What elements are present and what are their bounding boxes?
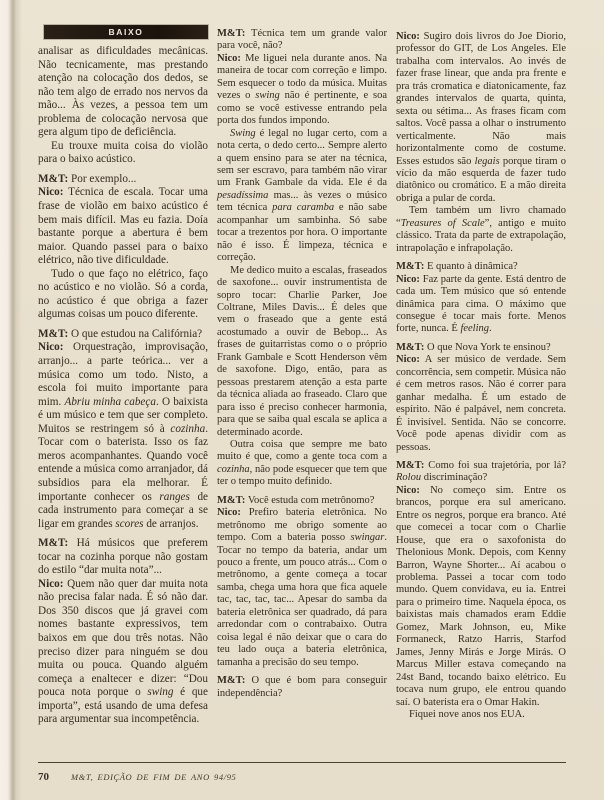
page-footer: 70 M&T, EDIÇÃO DE FIM DE ANO 94/95 (38, 771, 236, 787)
page-number: 70 (38, 771, 49, 783)
page-scan-edge (0, 0, 22, 800)
body-paragraph: Tem também um livro chamado “Treasures o… (396, 205, 566, 255)
speaker-label: Nico: (38, 341, 63, 353)
question-paragraph: M&T: O que Nova York te ensinou? (396, 342, 566, 354)
speaker-label: Nico: (396, 485, 420, 496)
magazine-page: BAIXO analisar as dificuldades mecânicas… (0, 0, 604, 800)
article-columns: analisar as dificuldades mecânicas. Não … (38, 28, 566, 758)
question-paragraph: M&T: Por exemplo... (38, 173, 208, 187)
speaker-label: Nico: (217, 507, 241, 518)
answer-paragraph: Nico: Prefiro bateria eletrônica. No met… (217, 507, 387, 669)
body-paragraph: Eu trouxe muita coisa do violão para o b… (38, 140, 208, 167)
answer-paragraph: Nico: Me liguei nela durante anos. Na ma… (217, 53, 387, 128)
answer-paragraph: Nico: No começo sim. Entre os brancos, p… (396, 485, 566, 709)
speaker-label: Nico: (38, 578, 63, 590)
speaker-label: Nico: (396, 31, 420, 42)
answer-paragraph: Nico: Sugiro dois livros do Joe Diorio, … (396, 31, 566, 205)
speaker-label: M&T: (38, 173, 68, 185)
body-paragraph: analisar as dificuldades mecânicas. Não … (38, 45, 208, 140)
edition-label: M&T, EDIÇÃO DE FIM DE ANO 94/95 (71, 772, 236, 782)
speaker-label: M&T: (38, 328, 68, 340)
body-paragraph: Tudo o que faço no elétrico, faço no acú… (38, 268, 208, 322)
question-paragraph: M&T: E quanto à dinâmica? (396, 261, 566, 273)
speaker-label: M&T: (38, 537, 68, 549)
question-paragraph: M&T: O que é bom para conseguir independ… (217, 675, 387, 700)
body-paragraph: Swing é legal no lugar certo, com a nota… (217, 128, 387, 265)
speaker-label: M&T: (396, 261, 424, 272)
answer-paragraph: Nico: Quem não quer dar muita nota não p… (38, 578, 208, 727)
answer-paragraph: Nico: A ser músico de verdade. Sem conco… (396, 354, 566, 454)
speaker-label: Nico: (396, 354, 420, 365)
answer-paragraph: Nico: Técnica de escala. Tocar uma frase… (38, 186, 208, 267)
speaker-label: Nico: (38, 186, 63, 198)
question-paragraph: M&T: O que estudou na Califórnia? (38, 328, 208, 342)
speaker-label: M&T: (217, 495, 245, 506)
speaker-label: Nico: (396, 274, 420, 285)
question-paragraph: M&T: Você estuda com metrônomo? (217, 495, 387, 507)
speaker-label: Nico: (217, 53, 241, 64)
question-paragraph: M&T: Técnica tem um grande valor para vo… (217, 28, 387, 53)
question-paragraph: M&T: Há músicos que preferem tocar na co… (38, 537, 208, 578)
answer-paragraph: Nico: Orquestração, improvisação, arranj… (38, 341, 208, 531)
footer-rule (38, 762, 566, 763)
speaker-label: M&T: (396, 460, 424, 471)
answer-paragraph: Nico: Faz parte da gente. Está dentro de… (396, 274, 566, 336)
question-paragraph: M&T: Como foi sua trajetória, por lá? Ro… (396, 460, 566, 485)
article-column-2: M&T: Técnica tem um grande valor para vo… (217, 28, 387, 758)
body-paragraph: Me dedico muito a escalas, fraseados de … (217, 265, 387, 439)
speaker-label: M&T: (217, 675, 245, 686)
speaker-label: M&T: (396, 342, 424, 353)
article-column-1: analisar as dificuldades mecânicas. Não … (38, 28, 208, 758)
body-paragraph: Outra coisa que sempre me bato muito é q… (217, 439, 387, 489)
speaker-label: M&T: (217, 28, 245, 39)
article-column-3: Nico: Sugiro dois livros do Joe Diorio, … (396, 28, 566, 758)
body-paragraph: Fiquei nove anos nos EUA. (396, 709, 566, 721)
